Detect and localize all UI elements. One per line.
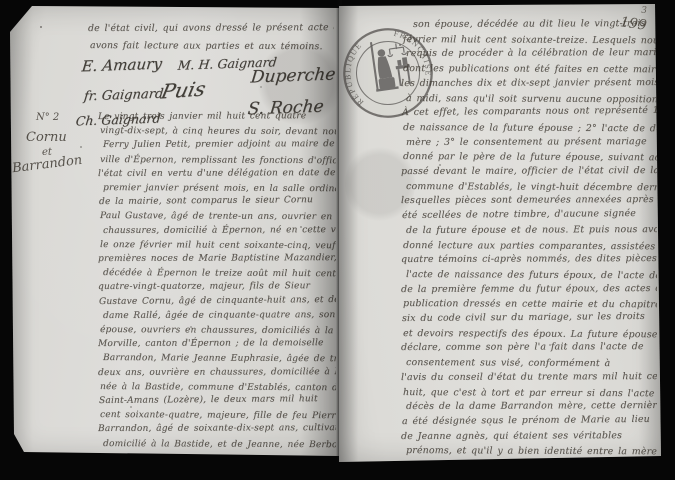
manuscript-line: dame Rallé, âgée de cinquante-quatre ans… bbox=[98, 308, 336, 323]
manuscript-line: de la mairie, sont comparus le sieur Cor… bbox=[98, 193, 336, 209]
closing-line: de l'état civil, qui avons dressé le pré… bbox=[88, 20, 334, 37]
signature: Duperche bbox=[250, 65, 337, 88]
ink-speck bbox=[40, 26, 42, 28]
manuscript-line: Barrandon, âgé de soixante-dix-sept ans,… bbox=[98, 422, 336, 437]
manuscript-line: l'avis du conseil d'état du trente mars … bbox=[401, 370, 657, 386]
party-name-bride: Barrandon bbox=[11, 153, 83, 176]
manuscript-line: passé devant le maire, officier de l'éta… bbox=[401, 164, 657, 180]
manuscript-line: six du code civil sur du mariage, sur le… bbox=[401, 310, 657, 327]
manuscript-line: Gustave Cornu, âgé de cinquante-huit ans… bbox=[98, 293, 336, 309]
manuscript-line: déclare, comme son père l'a fait dans l'… bbox=[401, 340, 657, 356]
signature: Puis bbox=[159, 77, 208, 104]
manuscript-line: Ferry Julien Petit, premier adjoint au m… bbox=[98, 137, 336, 152]
manuscript-line: de la première femme du futur époux, des… bbox=[401, 282, 657, 298]
left-page: de l'état civil, qui avons dressé le pré… bbox=[10, 6, 339, 456]
closing-line: avons fait lecture aux parties et aux té… bbox=[88, 37, 334, 54]
document-scan: de l'état civil, qui avons dressé le pré… bbox=[0, 0, 675, 480]
manuscript-line: À cet effet, les comparants nous ont rep… bbox=[401, 104, 657, 121]
signature: E. Amaury bbox=[81, 55, 163, 76]
manuscript-line: Le vingt trois janvier mil huit cent qua… bbox=[98, 110, 336, 124]
manuscript-line: les dimanches dix et dix-sept janvier pr… bbox=[401, 76, 657, 92]
closing-formula: de l'état civil, qui avons dressé le pré… bbox=[88, 20, 334, 54]
manuscript-line: son épouse, décédée au dit lieu le vingt… bbox=[401, 18, 657, 33]
manuscript-line: deux ans, ouvrière en chaussures, domici… bbox=[98, 365, 336, 380]
manuscript-line: été scellées de notre timbre, d'aucune s… bbox=[401, 207, 657, 224]
act-body-left: Le vingt trois janvier mil huit cent qua… bbox=[98, 110, 336, 458]
right-page: 3 199 RÉPUBLIQUE FRANÇAISE bbox=[339, 4, 661, 462]
act-number: N° 2 bbox=[36, 112, 59, 123]
manuscript-line: Morville, canton d'Épernon ; de la demoi… bbox=[98, 336, 336, 351]
manuscript-line: l'état civil en vertu d'une délégation e… bbox=[98, 166, 336, 181]
manuscript-line: requis de procéder à la célébration de l… bbox=[401, 46, 657, 62]
manuscript-line: de la future épouse et de nous. Et puis … bbox=[401, 223, 657, 239]
manuscript-line: mère ; 3° le consentement au présent mar… bbox=[401, 135, 657, 151]
manuscript-line: Saint-Amans (Lozère), le deux mars mil h… bbox=[98, 392, 336, 408]
manuscript-line: premières noces de Marie Baptistine Maza… bbox=[98, 251, 336, 266]
party-name-groom: Cornu bbox=[26, 130, 67, 145]
manuscript-line: de Jeanne agnès, qui étaient ses véritab… bbox=[401, 429, 657, 445]
manuscript-line: domicilié à la Bastide, et de Jeanne, né… bbox=[98, 437, 336, 452]
manuscript-line: chaussures, domicilié à Épernon, né en c… bbox=[98, 223, 336, 238]
signature: fr. Gaignard bbox=[83, 87, 164, 105]
manuscript-line: a été désignée sous le prénom de Marie a… bbox=[401, 413, 657, 430]
manuscript-line: quatre témoins ci-après nommés, des dite… bbox=[401, 252, 657, 268]
manuscript-line: prénoms, et qu'il y a bien identité entr… bbox=[401, 444, 657, 460]
act-body-right: son épouse, décédée au dit lieu le vingt… bbox=[401, 18, 657, 462]
